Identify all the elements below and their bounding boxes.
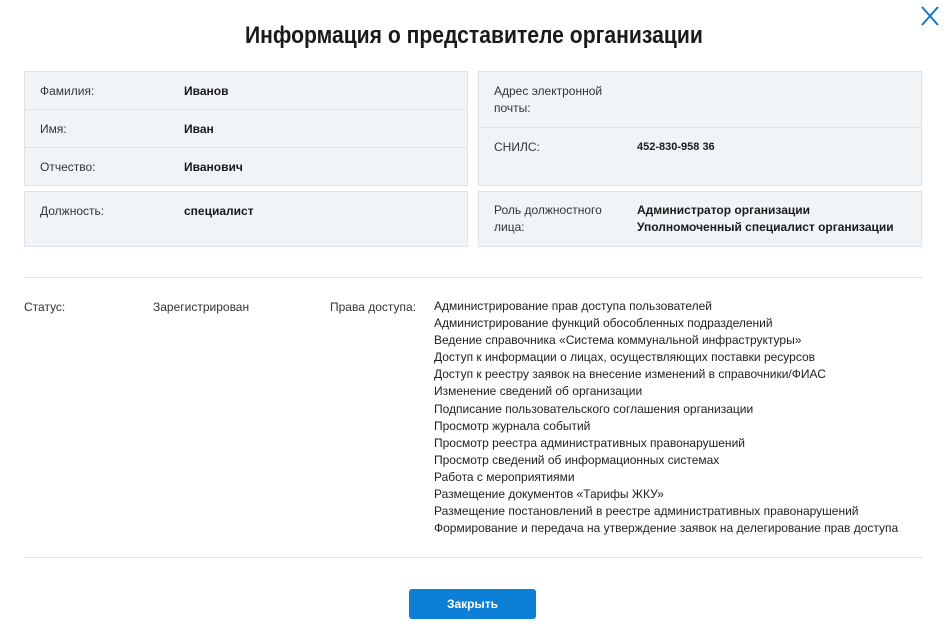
access-right-item: Просмотр сведений об информационных сист… — [434, 452, 898, 469]
access-right-item: Подписание пользовательского соглашения … — [434, 401, 898, 418]
position-value: специалист — [184, 203, 254, 220]
contact-panel: Адрес электронной почты: СНИЛС: 452-830-… — [478, 71, 922, 186]
role-value: Уполномоченный специалист организации — [637, 219, 894, 236]
snils-label: СНИЛС: — [494, 139, 619, 156]
status-label: Статус: — [24, 299, 65, 316]
position-label: Должность: — [40, 203, 104, 220]
last-name-value: Иванов — [184, 83, 228, 100]
access-rights-list: Администрирование прав доступа пользоват… — [434, 298, 898, 537]
access-right-item: Администрирование прав доступа пользоват… — [434, 298, 898, 315]
first-name-row: Имя: Иван — [25, 110, 467, 148]
role-values: Администратор организации Уполномоченный… — [637, 202, 894, 236]
access-right-item: Работа с мероприятиями — [434, 469, 898, 486]
first-name-label: Имя: — [40, 121, 67, 138]
role-value: Администратор организации — [637, 202, 894, 219]
position-panel: Должность: специалист — [24, 191, 468, 247]
access-right-item: Размещение документов «Тарифы ЖКУ» — [434, 486, 898, 503]
status-value: Зарегистрирован — [153, 299, 249, 316]
close-icon[interactable] — [918, 4, 942, 28]
snils-value: 452-830-958 36 — [637, 139, 715, 156]
last-name-label: Фамилия: — [40, 83, 94, 100]
patronymic-value: Иванович — [184, 159, 243, 176]
role-panel: Роль должностного лица: Администратор ор… — [478, 191, 922, 247]
role-label: Роль должностного лица: — [494, 202, 619, 236]
access-right-item: Ведение справочника «Система коммунально… — [434, 332, 898, 349]
email-label: Адрес электронной почты: — [494, 83, 619, 117]
first-name-value: Иван — [184, 121, 214, 138]
divider — [24, 557, 922, 558]
email-row: Адрес электронной почты: — [479, 72, 921, 128]
divider — [24, 277, 922, 278]
personal-name-panel: Фамилия: Иванов Имя: Иван Отчество: Иван… — [24, 71, 468, 186]
access-right-item: Изменение сведений об организации — [434, 383, 898, 400]
access-right-item: Просмотр реестра административных правон… — [434, 435, 898, 452]
access-right-item: Просмотр журнала событий — [434, 418, 898, 435]
access-right-item: Доступ к реестру заявок на внесение изме… — [434, 366, 898, 383]
access-right-item: Размещение постановлений в реестре админ… — [434, 503, 898, 520]
access-right-item: Формирование и передача на утверждение з… — [434, 520, 898, 537]
access-rights-label: Права доступа: — [330, 299, 416, 316]
patronymic-row: Отчество: Иванович — [25, 148, 467, 186]
access-right-item: Администрирование функций обособленных п… — [434, 315, 898, 332]
patronymic-label: Отчество: — [40, 159, 96, 176]
access-right-item: Доступ к информации о лицах, осуществляю… — [434, 349, 898, 366]
close-button[interactable]: Закрыть — [409, 589, 536, 619]
snils-row: СНИЛС: 452-830-958 36 — [479, 128, 921, 186]
last-name-row: Фамилия: Иванов — [25, 72, 467, 110]
dialog-title: Информация о представителе организации — [57, 22, 891, 50]
